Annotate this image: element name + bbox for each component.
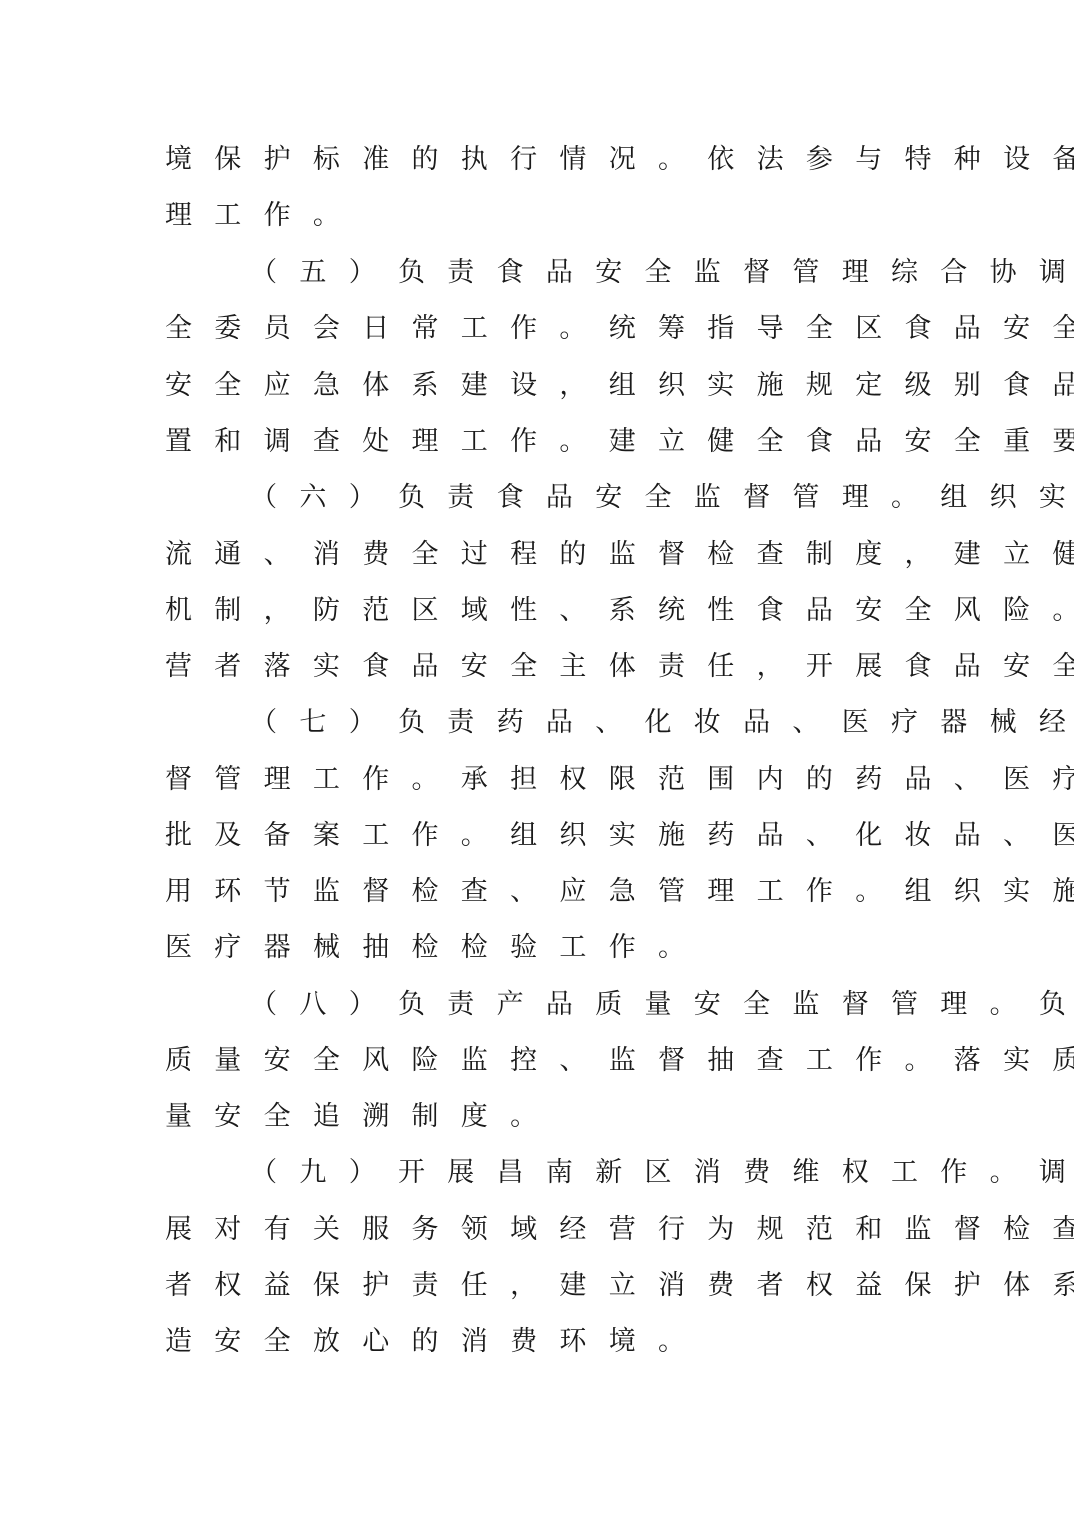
paragraph-7-line: 用环节监督检查、应急管理工作。组织实施药品、化妆品、 (165, 872, 925, 912)
paragraph-6-line: 流通、消费全过程的监督检查制度，建立健全隐患排查治理 (165, 535, 925, 575)
paragraph-8-line: （八）负责产品质量安全监督管理。负责昌南新区产品 (165, 985, 925, 1025)
paragraph-5-line: 全委员会日常工作。统筹指导全区食品安全工作，负责食品 (165, 309, 925, 349)
text-line: 境保护标准的执行情况。依法参与特种设备安全事故调查处 (165, 140, 925, 180)
paragraph-7-line: 批及备案工作。组织实施药品、化妆品、医疗器械经营和使 (165, 816, 925, 856)
paragraph-7-line: 督管理工作。承担权限范围内的药品、医疗器械相关行政审 (165, 760, 925, 800)
document-page: 境保护标准的执行情况。依法参与特种设备安全事故调查处 理工作。 （五）负责食品安… (0, 0, 1074, 1520)
paragraph-9-line: （九）开展昌南新区消费维权工作。调解消费纠纷，开 (165, 1153, 925, 1193)
paragraph-5-line: （五）负责食品安全监督管理综合协调。承担区食品安 (165, 253, 925, 293)
text-line: 理工作。 (165, 196, 925, 236)
paragraph-6-line: （六）负责食品安全监督管理。组织实施覆盖食品生产、 (165, 478, 925, 518)
paragraph-8-line: 质量安全风险监控、监督抽查工作。落实质量分级制度、质 (165, 1041, 925, 1081)
paragraph-8-line: 量安全追溯制度。 (165, 1097, 925, 1137)
paragraph-9-line: 展对有关服务领域经营行为规范和监督检查工作，承担消费 (165, 1210, 925, 1250)
paragraph-5-line: 置和调查处理工作。建立健全食品安全重要信息直报制度。 (165, 422, 925, 462)
paragraph-6-line: 机制，防范区域性、系统性食品安全风险。推动食品生产经 (165, 591, 925, 631)
paragraph-9-line: 造安全放心的消费环境。 (165, 1322, 925, 1362)
paragraph-6-line: 营者落实食品安全主体责任，开展食品安全追溯工作。 (165, 647, 925, 687)
paragraph-9-line: 者权益保护责任，建立消费者权益保护体系，在昌南新区营 (165, 1266, 925, 1306)
paragraph-7-line: （七）负责药品、化妆品、医疗器械经营和使用环节监 (165, 703, 925, 743)
paragraph-5-line: 安全应急体系建设，组织实施规定级别食品安全事件应急处 (165, 366, 925, 406)
paragraph-7-line: 医疗器械抽检检验工作。 (165, 928, 925, 968)
